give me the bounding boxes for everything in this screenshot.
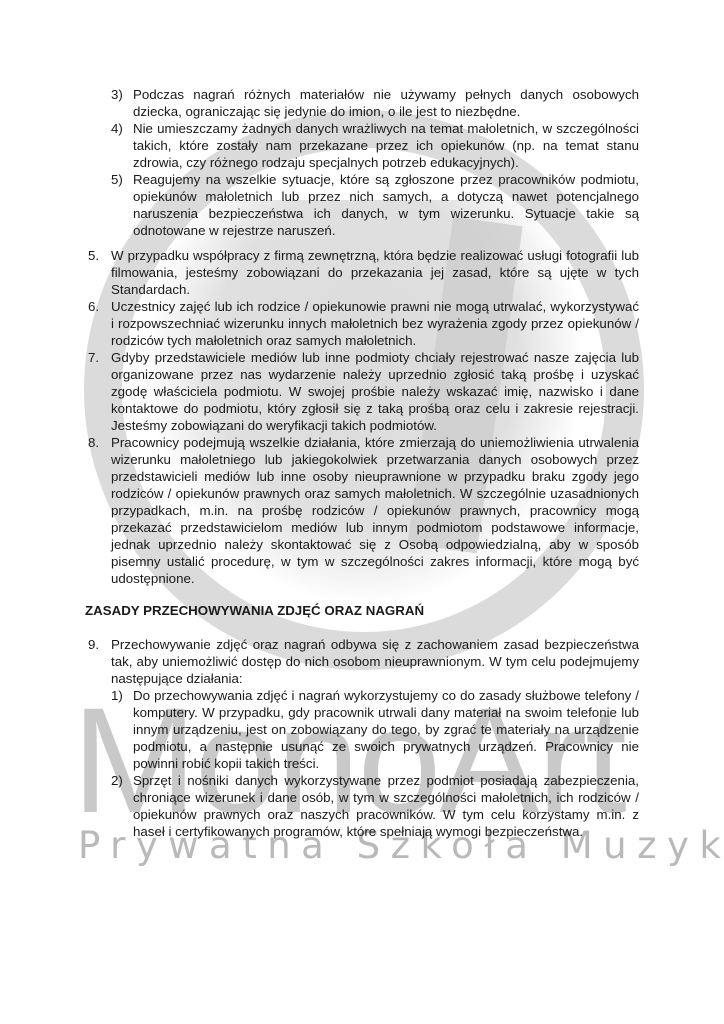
list-number: 6. <box>88 298 99 315</box>
list-text: Uczestnicy zajęć lub ich rodzice / opiek… <box>111 299 639 348</box>
list-item: 5) Reagujemy na wszelkie sytuacje, które… <box>86 171 639 239</box>
list-number: 2) <box>111 772 123 789</box>
list-item: 7. Gdyby przedstawiciele mediów lub inne… <box>86 349 639 434</box>
list-number: 8. <box>88 434 99 451</box>
list-text: Pracownicy podejmują wszelkie działania,… <box>111 435 639 586</box>
list-number: 1) <box>111 687 123 704</box>
list-item: 3) Podczas nagrań różnych materiałów nie… <box>86 86 639 120</box>
list-text: Sprzęt i nośniki danych wykorzystywane p… <box>133 773 639 839</box>
list-number: 5. <box>88 247 99 264</box>
list-text: Gdyby przedstawiciele mediów lub inne po… <box>111 350 639 433</box>
list-text: Reagujemy na wszelkie sytuacje, które są… <box>133 172 639 238</box>
list-item: 2) Sprzęt i nośniki danych wykorzystywan… <box>86 772 639 840</box>
document-body: 3) Podczas nagrań różnych materiałów nie… <box>86 86 639 840</box>
section-heading: ZASADY PRZECHOWYWANIA ZDJĘĆ ORAZ NAGRAŃ <box>85 602 639 619</box>
list-text: Do przechowywania zdjęć i nagrań wykorzy… <box>133 688 639 771</box>
list-item: 5. W przypadku współpracy z firmą zewnęt… <box>86 247 639 298</box>
list-item: 1) Do przechowywania zdjęć i nagrań wyko… <box>86 687 639 772</box>
list-text: Przechowywanie zdjęć oraz nagrań odbywa … <box>111 637 639 686</box>
list-item: 6. Uczestnicy zajęć lub ich rodzice / op… <box>86 298 639 349</box>
list-number: 9. <box>88 636 99 653</box>
list-item: 4) Nie umieszczamy żadnych danych wrażli… <box>86 120 639 171</box>
list-number: 3) <box>111 86 123 103</box>
list-item: 9. Przechowywanie zdjęć oraz nagrań odby… <box>86 636 639 687</box>
list-text: W przypadku współpracy z firmą zewnętrzn… <box>111 248 639 297</box>
list-number: 4) <box>111 120 123 137</box>
list-number: 5) <box>111 171 123 188</box>
list-text: Podczas nagrań różnych materiałów nie uż… <box>133 87 639 119</box>
list-text: Nie umieszczamy żadnych danych wrażliwyc… <box>133 121 639 170</box>
list-number: 7. <box>88 349 99 366</box>
list-item: 8. Pracownicy podejmują wszelkie działan… <box>86 434 639 587</box>
